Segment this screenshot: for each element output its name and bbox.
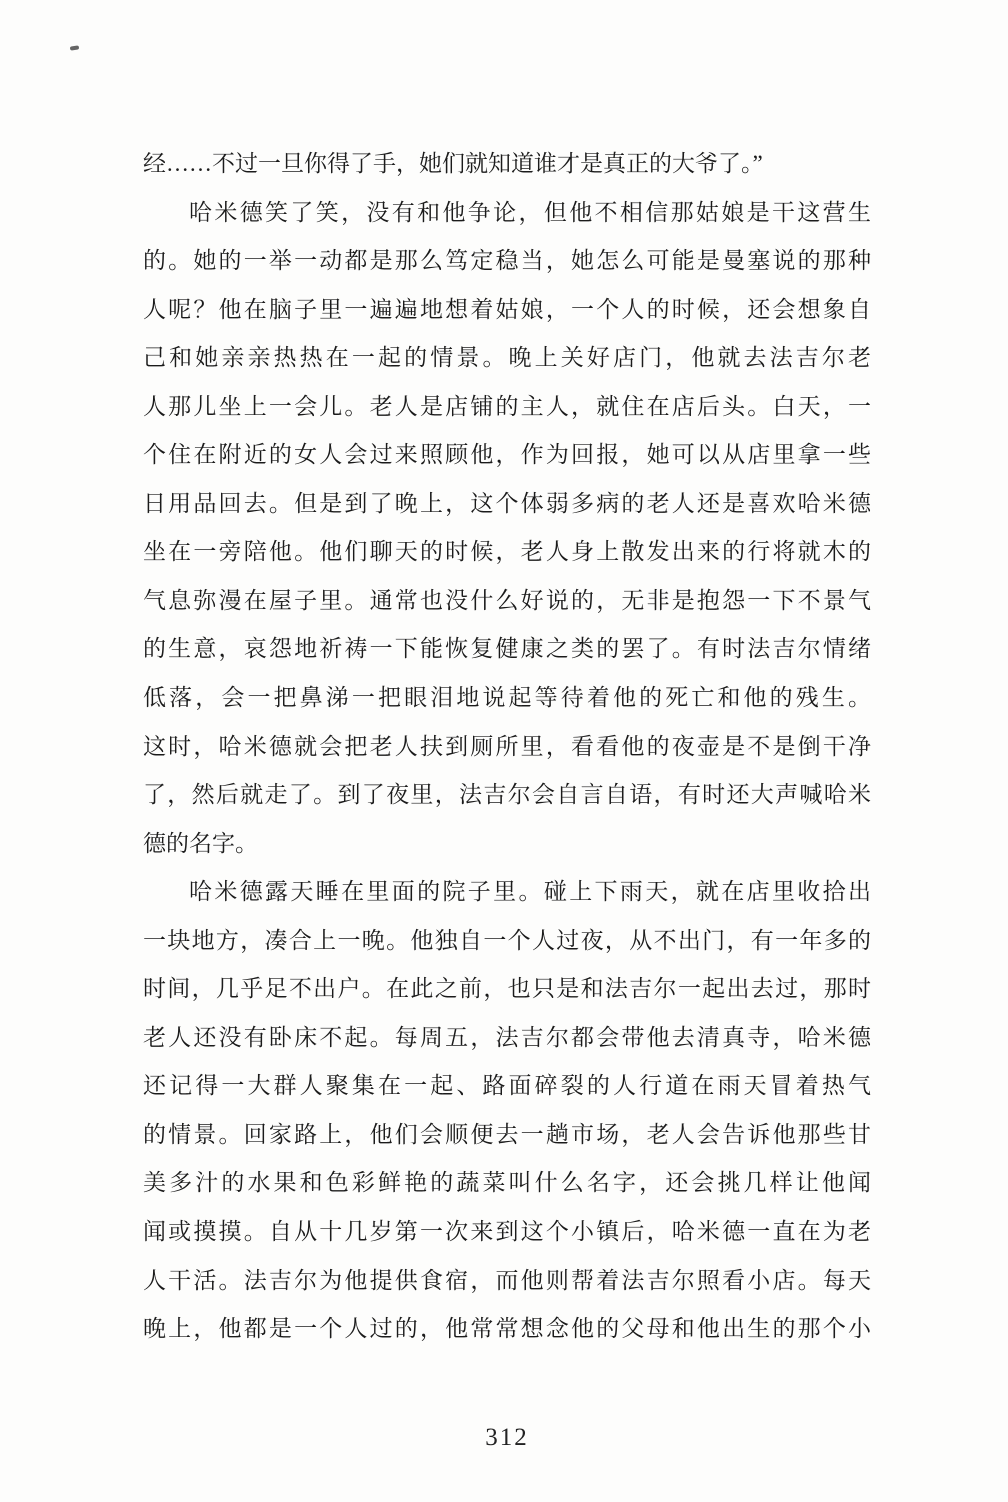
text-line: 美多汁的水果和色彩鲜艳的蔬菜叫什么名字，还会挑几样让他闻 [143,1159,871,1208]
text-line: 时间，几乎足不出户。在此之前，也只是和法吉尔一起出去过，那时 [143,965,871,1014]
text-line: 经……不过一旦你得了手，她们就知道谁才是真正的大爷了。” [143,140,871,189]
text-line: 己和她亲亲热热在一起的情景。晚上关好店门，他就去法吉尔老 [143,334,871,383]
text-line: 日用品回去。但是到了晚上，这个体弱多病的老人还是喜欢哈米德 [143,480,871,529]
text-line: 坐在一旁陪他。他们聊天的时候，老人身上散发出来的行将就木的 [143,528,871,577]
text-line: 一块地方，凑合上一晚。他独自一个人过夜，从不出门，有一年多的 [143,917,871,966]
text-line: 人呢？他在脑子里一遍遍地想着姑娘，一个人的时候，还会想象自 [143,286,871,335]
text-line: 的。她的一举一动都是那么笃定稳当，她怎么可能是曼塞说的那种 [143,237,871,286]
body-text: 经……不过一旦你得了手，她们就知道谁才是真正的大爷了。”哈米德笑了笑，没有和他争… [143,140,871,1354]
text-line: 晚上，他都是一个人过的，他常常想念他的父母和他出生的那个小 [143,1305,871,1354]
text-line: 人干活。法吉尔为他提供食宿，而他则帮着法吉尔照看小店。每天 [143,1257,871,1306]
text-line: 低落，会一把鼻涕一把眼泪地说起等待着他的死亡和他的残生。 [143,674,871,723]
text-line: 的情景。回家路上，他们会顺便去一趟市场，老人会告诉他那些甘 [143,1111,871,1160]
scan-speck-mark [70,45,79,50]
text-line: 的生意，哀怨地祈祷一下能恢复健康之类的罢了。有时法吉尔情绪 [143,625,871,674]
text-line: 个住在附近的女人会过来照顾他，作为回报，她可以从店里拿一些 [143,431,871,480]
text-line: 气息弥漫在屋子里。通常也没什么好说的，无非是抱怨一下不景气 [143,577,871,626]
text-line: 哈米德露天睡在里面的院子里。碰上下雨天，就在店里收拾出 [143,868,871,917]
text-line: 了，然后就走了。到了夜里，法吉尔会自言自语，有时还大声喊哈米 [143,771,871,820]
text-line: 人那儿坐上一会儿。老人是店铺的主人，就住在店后头。白天，一 [143,383,871,432]
text-line: 老人还没有卧床不起。每周五，法吉尔都会带他去清真寺，哈米德 [143,1014,871,1063]
page-number: 312 [143,1424,871,1452]
book-page: 经……不过一旦你得了手，她们就知道谁才是真正的大爷了。”哈米德笑了笑，没有和他争… [0,0,1008,1502]
text-line: 还记得一大群人聚集在一起、路面碎裂的人行道在雨天冒着热气 [143,1062,871,1111]
text-line: 这时，哈米德就会把老人扶到厕所里，看看他的夜壶是不是倒干净 [143,723,871,772]
text-line: 哈米德笑了笑，没有和他争论，但他不相信那姑娘是干这营生 [143,189,871,238]
text-line: 德的名字。 [143,820,871,869]
text-line: 闻或摸摸。自从十几岁第一次来到这个小镇后，哈米德一直在为老 [143,1208,871,1257]
